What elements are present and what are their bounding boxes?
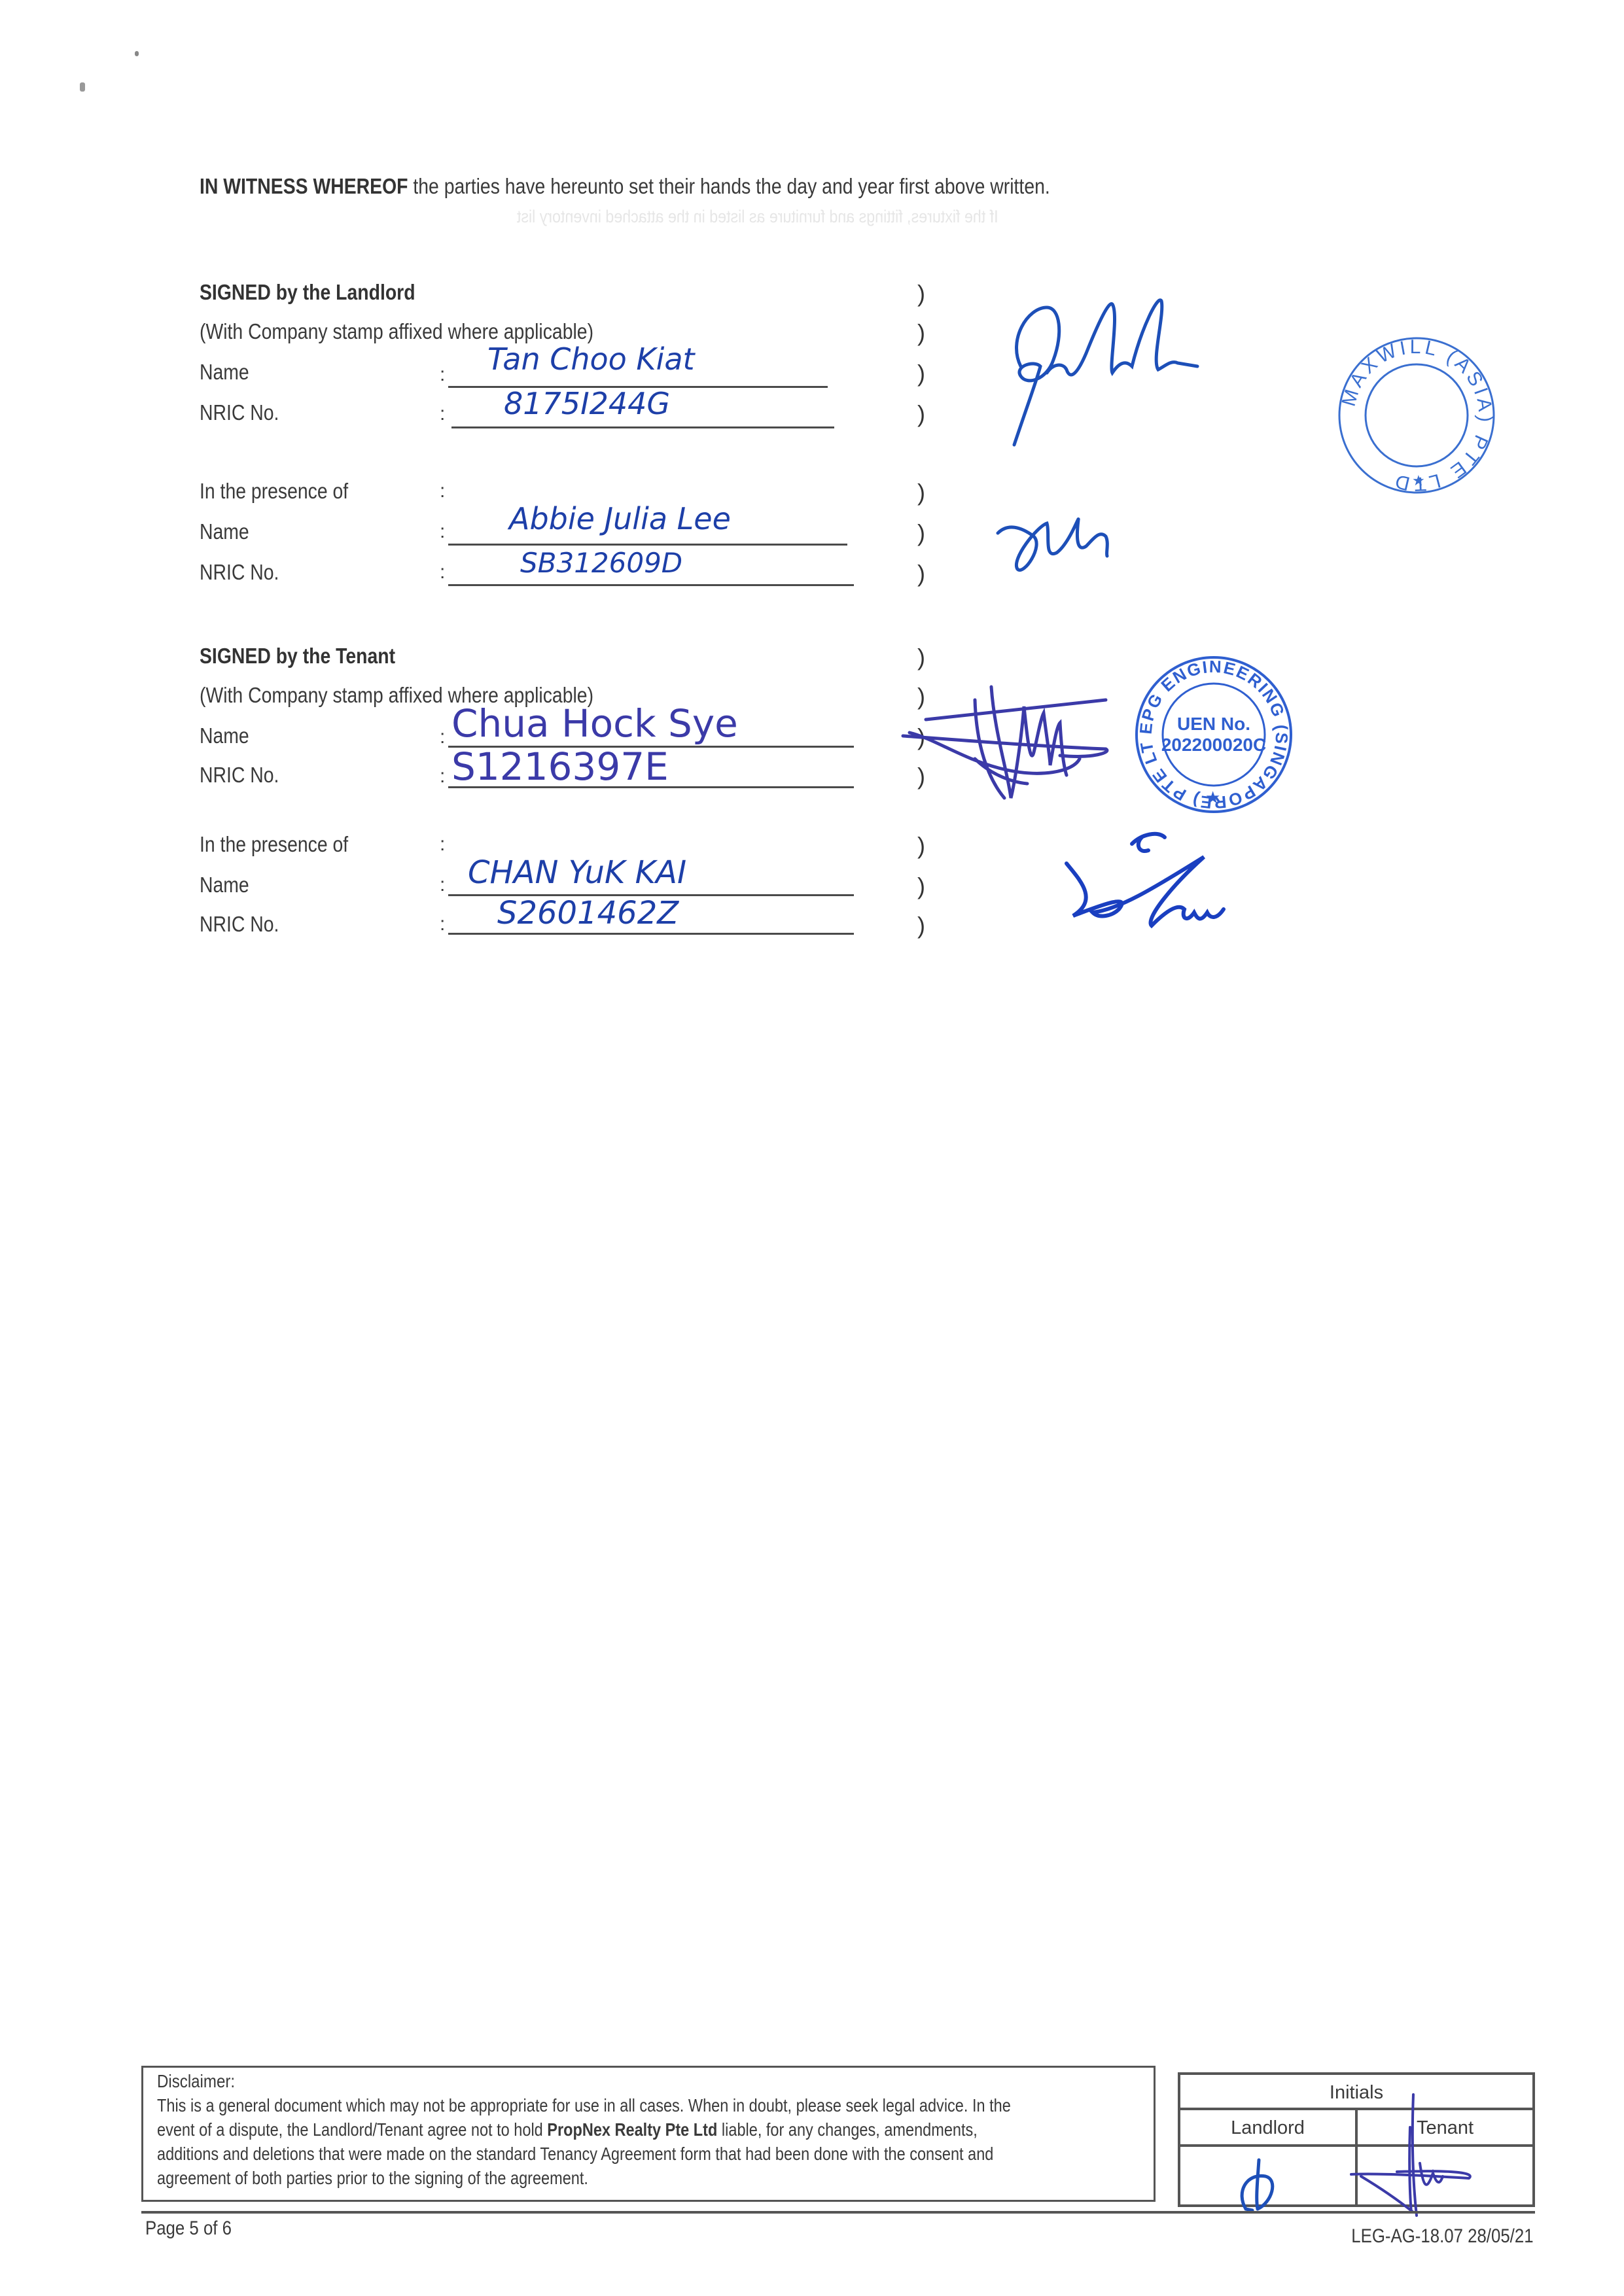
tenant-witness-heading: In the presence of	[200, 832, 372, 857]
landlord-witness-name-line	[448, 544, 847, 546]
svg-text:★: ★	[1205, 788, 1220, 808]
tenant-nric-line	[448, 786, 854, 788]
landlord-witness-name-value: Abbie Julia Lee	[509, 501, 731, 536]
tenant-witness-nric-line	[448, 933, 854, 935]
form-code: LEG-AG-18.07 28/05/21	[1322, 2225, 1534, 2248]
colon: :	[440, 480, 445, 502]
initials-landlord-label: Landlord	[1180, 2110, 1358, 2147]
tenant-nric-label: NRIC No.	[200, 763, 292, 788]
tenant-witness-nric-label: NRIC No.	[200, 912, 292, 937]
colon: :	[440, 364, 445, 386]
witness-clause-text: the parties have hereunto set their hand…	[408, 174, 1050, 198]
svg-text:★: ★	[1412, 473, 1425, 489]
witness-clause: IN WITNESS WHEREOF the parties have here…	[200, 174, 1188, 199]
paren: )	[917, 479, 925, 506]
landlord-witness-signature	[995, 507, 1152, 589]
landlord-name-value: Tan Choo Kiat	[487, 341, 695, 377]
landlord-initial	[1180, 2147, 1358, 2204]
landlord-witness-nric-value: SB312609D	[520, 547, 682, 579]
tenant-heading: SIGNED by the Tenant	[200, 644, 427, 669]
bleed-through-text: If the fixtures, fittings and furniture …	[517, 207, 998, 227]
witness-clause-bold: IN WITNESS WHEREOF	[200, 174, 408, 198]
colon: :	[440, 913, 445, 935]
tenant-initial	[1358, 2147, 1532, 2204]
tenant-witness-nric-value: S2601462Z	[497, 895, 679, 931]
tenant-witness-signature	[1053, 827, 1263, 942]
landlord-nric-value: 8175I244G	[504, 386, 670, 421]
tenant-name-label: Name	[200, 723, 257, 748]
tenant-nric-value: S1216397E	[451, 744, 669, 789]
initials-title: Initials	[1180, 2075, 1532, 2110]
landlord-witness-heading: In the presence of	[200, 479, 372, 504]
landlord-name-label: Name	[200, 360, 257, 385]
paren: )	[917, 873, 925, 900]
colon: :	[440, 521, 445, 543]
svg-text:202200020C: 202200020C	[1161, 735, 1266, 755]
colon: :	[440, 874, 445, 896]
landlord-witness-nric-label: NRIC No.	[200, 560, 292, 585]
landlord-nric-label: NRIC No.	[200, 400, 292, 425]
scan-speck	[135, 51, 139, 56]
page-number: Page 5 of 6	[145, 2218, 245, 2240]
initials-tenant-label: Tenant	[1358, 2110, 1532, 2147]
svg-text:MAXWILL (ASIA) PTE LTD: MAXWILL (ASIA) PTE LTD	[1338, 336, 1496, 495]
landlord-nric-line	[451, 426, 834, 428]
paren: )	[917, 280, 925, 307]
footer-divider	[141, 2211, 1535, 2214]
paren: )	[917, 360, 925, 387]
landlord-signature	[1001, 281, 1341, 455]
paren: )	[917, 400, 925, 428]
tenant-signature	[896, 667, 1119, 808]
landlord-witness-name-label: Name	[200, 519, 257, 544]
tenant-witness-name-value: CHAN YuK KAI	[468, 854, 686, 891]
colon: :	[440, 833, 445, 856]
colon: :	[440, 726, 445, 748]
landlord-stamp-note: (With Company stamp affixed where applic…	[200, 319, 658, 344]
tenant-witness-name-label: Name	[200, 873, 257, 897]
scan-speck	[80, 82, 85, 92]
landlord-heading: SIGNED by the Landlord	[200, 280, 450, 305]
colon: :	[440, 403, 445, 425]
svg-text:UEN No.: UEN No.	[1177, 714, 1250, 734]
paren: )	[917, 912, 925, 939]
disclaimer-title: Disclaimer:	[157, 2071, 247, 2092]
paren: )	[917, 832, 925, 860]
disclaimer-text: This is a general document which may not…	[157, 2093, 1139, 2190]
paren: )	[917, 519, 925, 547]
landlord-witness-nric-line	[448, 584, 854, 586]
tenant-name-value: Chua Hock Sye	[451, 701, 738, 746]
brand-name: PropNex Realty Pte Ltd	[547, 2119, 717, 2140]
tenant-company-stamp: EPG ENGINEERING (SINGAPORE) PTE LTD UEN …	[1132, 653, 1296, 820]
colon: :	[440, 765, 445, 788]
paren: )	[917, 319, 925, 347]
landlord-company-stamp: MAXWILL (ASIA) PTE LTD ★	[1335, 334, 1498, 500]
colon: :	[440, 561, 445, 583]
paren: )	[917, 560, 925, 587]
initials-table: Initials Landlord Tenant	[1178, 2072, 1535, 2207]
